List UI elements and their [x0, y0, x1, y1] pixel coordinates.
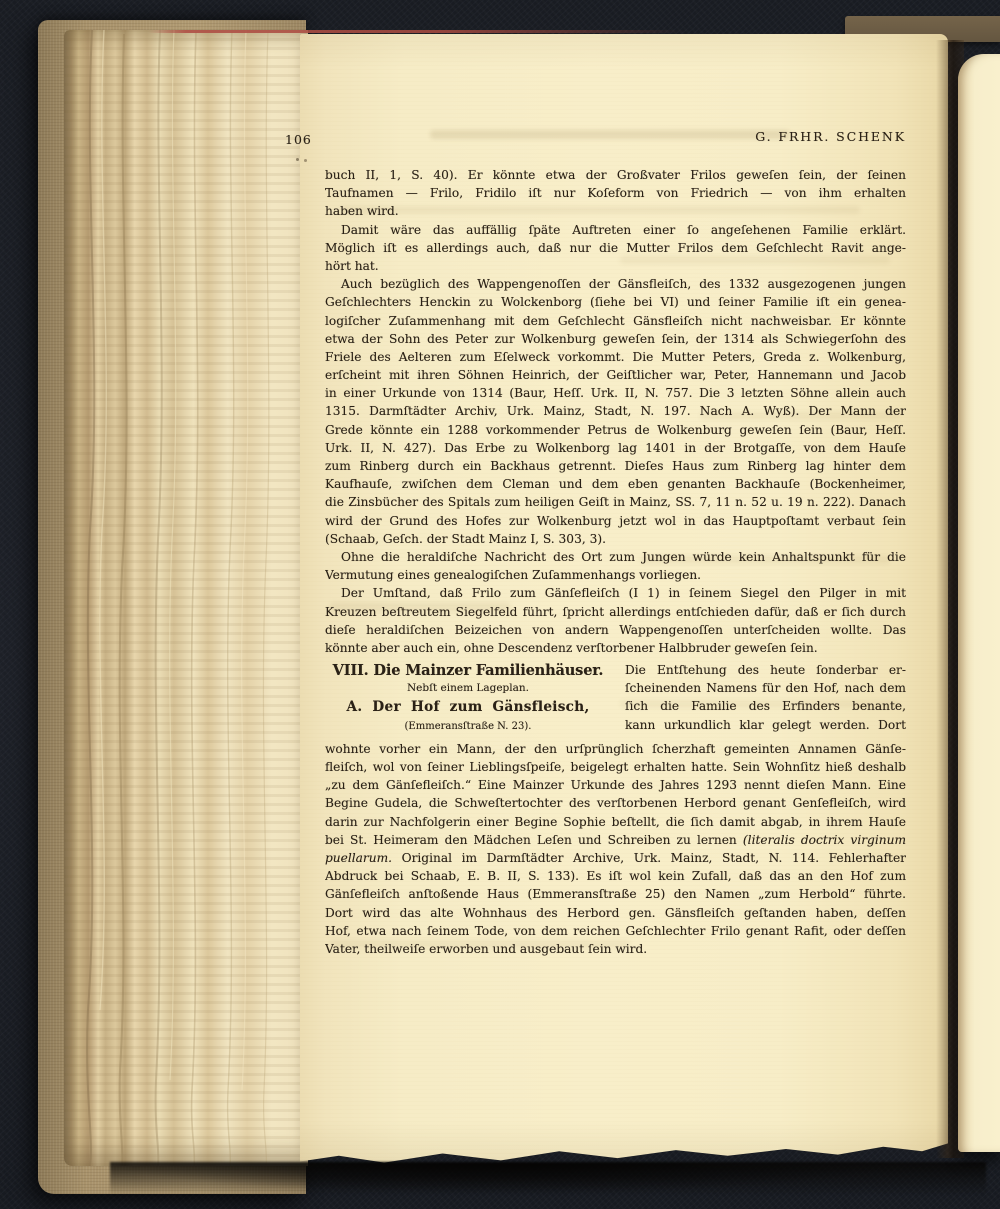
text-line: ſich die Familie des Erfinders benante,	[625, 697, 906, 715]
text-line: Möglich iſt es allerdings auch, daß nur …	[325, 239, 906, 257]
text-line: Gänſefleiſch anſtoßende Haus (Emmeransſt…	[325, 885, 906, 903]
text-line: erſcheint mit ihren Söhnen Heinrich, der…	[325, 366, 906, 384]
text-line: buch II, 1, S. 40). Er könnte etwa der G…	[325, 166, 906, 184]
deckle-page-edges	[64, 30, 308, 1166]
text-line: Friele des Aelteren zum Eſelweck vorkomm…	[325, 348, 906, 366]
facing-page-edge	[958, 54, 1000, 1152]
text-line: Taufnamen — Frilo, Fridilo iſt nur Koſef…	[325, 184, 906, 202]
text-line: wohnte vorher ein Mann, der den urſprüng…	[325, 740, 906, 758]
text-line: fleiſch, wol von ſeiner Lieblingsſpeiſe,…	[325, 758, 906, 776]
text-line: könnte aber auch ein, ohne Descendenz ve…	[325, 639, 906, 657]
text-line: Vater, theilweiſe erworben und ausgebaut…	[325, 940, 906, 958]
section-title: VIII. Die Mainzer Familienhäuser.	[325, 661, 611, 681]
body-text-block-1: buch II, 1, S. 40). Er könnte etwa der G…	[325, 166, 906, 657]
text-line: 1315. Darmſtädter Archiv, Urk. Mainz, St…	[325, 402, 906, 420]
red-stained-top-edge	[148, 30, 688, 33]
page-content: 106 G. FRHR. SCHENK buch II, 1, S. 40). …	[325, 128, 906, 958]
text-line: wird der Grund des Hofes zur Wolkenburg …	[325, 512, 906, 530]
text-line: kann urkundlich klar gelegt werden. Dort	[625, 716, 906, 734]
running-header: G. FRHR. SCHENK	[755, 128, 906, 146]
section-subtitle: Nebſt einem Lageplan.	[325, 682, 611, 695]
text-line: die Zinsbücher des Spitals zum heiligen …	[325, 493, 906, 511]
text-line: dieſe heraldiſchen Beizeichen von andern…	[325, 621, 906, 639]
text-line: in einer Urkunde von 1314 (Baur, Heſſ. U…	[325, 384, 906, 402]
text-line: Kaufhauſe, zwiſchen dem Cleman und dem e…	[325, 475, 906, 493]
ink-speck	[296, 158, 299, 161]
text-line: logiſcher Zuſammenhang mit dem Geſchlech…	[325, 312, 906, 330]
text-line: zum Rinberg durch ein Backhaus getrennt.…	[325, 457, 906, 475]
text-line: Grede könnte ein 1288 vorkommender Petru…	[325, 421, 906, 439]
text-line: Kreuzen beſtreutem Siegelfeld führt, ſpr…	[325, 603, 906, 621]
text-line: Damit wäre das auffällig ſpäte Auftreten…	[325, 221, 906, 239]
text-line: Die Entſtehung des heute ſonderbar er-	[625, 661, 906, 679]
page-head-row: 106 G. FRHR. SCHENK	[325, 128, 906, 144]
deckle-crevice-lines-icon	[64, 30, 308, 1166]
book-photo-scene: 106 G. FRHR. SCHENK buch II, 1, S. 40). …	[0, 0, 1000, 1209]
text-line: Dort wird das alte Wohnhaus des Herbord …	[325, 904, 906, 922]
subsection-note: (Emmeransſtraße N. 23).	[325, 720, 611, 733]
text-line: Vermutung eines genealogiſchen Zuſammenh…	[325, 566, 906, 584]
section-intro-column: Die Entſtehung des heute ſonderbar er-ſc…	[625, 661, 906, 734]
text-line: hört hat.	[325, 257, 906, 275]
text-line: haben wird.	[325, 202, 906, 220]
text-line: „zu dem Gänſefleiſch.“ Eine Mainzer Urku…	[325, 776, 906, 794]
text-line: (Schaab, Geſch. der Stadt Mainz I, S. 30…	[325, 530, 906, 548]
text-line: Der Umſtand, daß Frilo zum Gänſefleiſch …	[325, 584, 906, 602]
subsection-title: A. Der Hof zum Gänsfleisch,	[325, 698, 611, 717]
text-line: Auch bezüglich des Wappengenoſſen der Gä…	[325, 275, 906, 293]
section-heading-block: VIII. Die Mainzer Familienhäuser. Nebſt …	[325, 661, 906, 734]
text-line: Urk. II, N. 427). Das Erbe zu Wolkenborg…	[325, 439, 906, 457]
text-line: puellarum. Original im Darmſtädter Archi…	[325, 849, 906, 867]
text-line: bei St. Heimeram den Mädchen Leſen und S…	[325, 831, 906, 849]
text-line: Ohne die heraldiſche Nachricht des Ort z…	[325, 548, 906, 566]
text-line: darin zur Nachfolgerin einer Begine Soph…	[325, 813, 906, 831]
page-number: 106	[285, 131, 312, 149]
page-bottom-shadow	[110, 1162, 986, 1204]
body-text-block-2: wohnte vorher ein Mann, der den urſprüng…	[325, 740, 906, 958]
text-line: ſcheinenden Namens für den Hof, nach dem	[625, 679, 906, 697]
text-line: Hof, etwa nach ſeinem Tode, von dem reic…	[325, 922, 906, 940]
section-heading-column: VIII. Die Mainzer Familienhäuser. Nebſt …	[325, 661, 617, 734]
text-line: Begine Gudela, die Schweſtertochter des …	[325, 794, 906, 812]
text-line: Geſchlechters Henckin zu Wolckenborg (ſi…	[325, 293, 906, 311]
text-line: Abdruck bei Schaab, E. B. II, S. 133). E…	[325, 867, 906, 885]
text-line: etwa der Sohn des Peter zur Wolkenburg g…	[325, 330, 906, 348]
